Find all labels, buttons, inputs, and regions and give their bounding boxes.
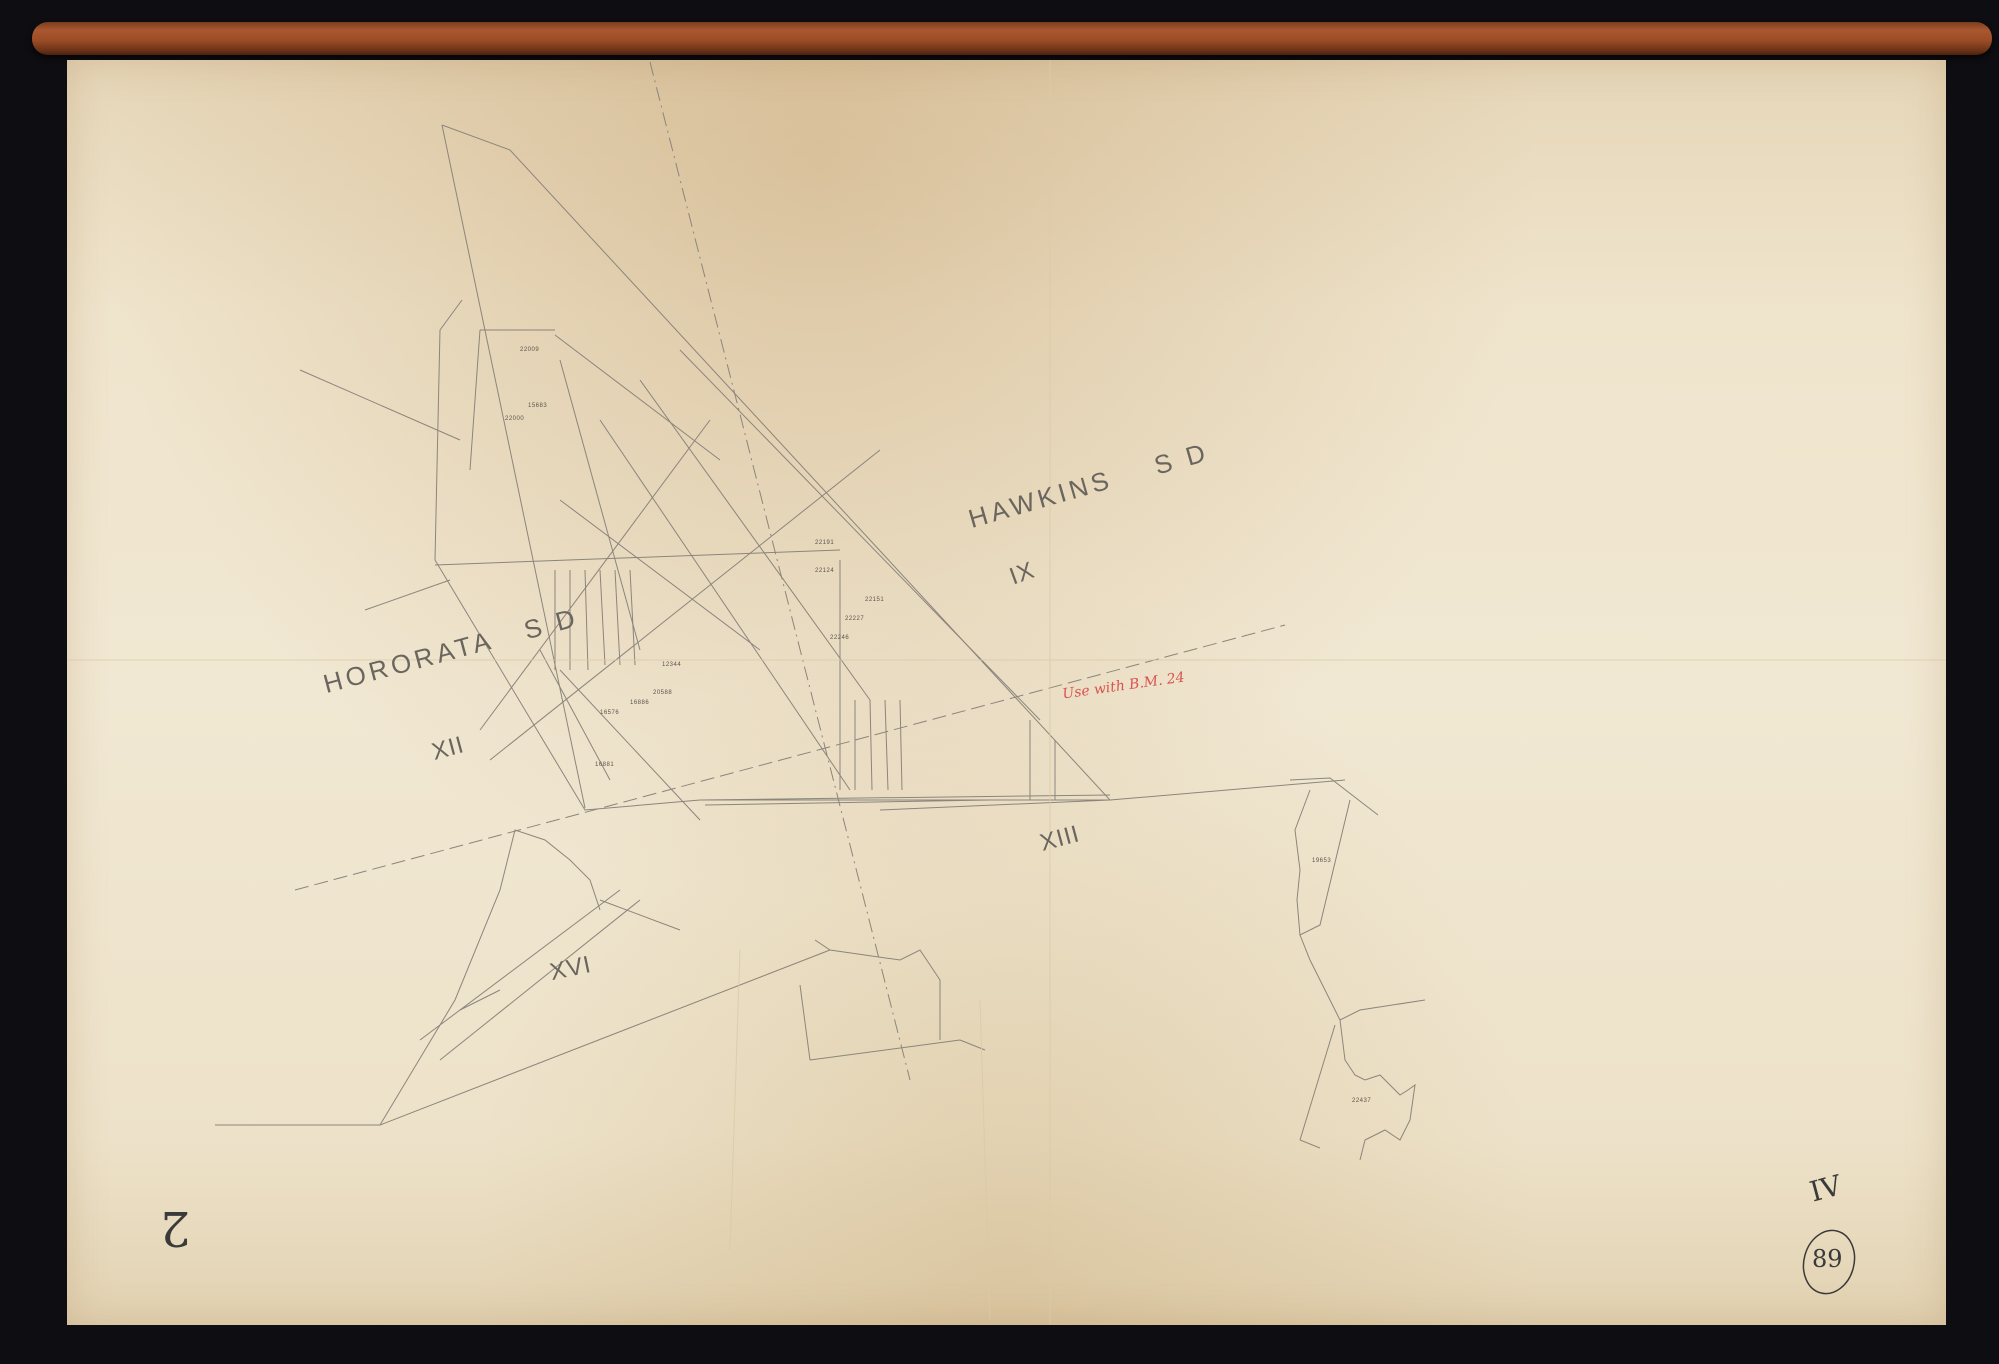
parcel-label: 16886 [630, 700, 649, 706]
parcel-label: 15683 [528, 403, 547, 409]
parcel-label: 16576 [600, 710, 619, 716]
parcel-label: 16881 [595, 762, 614, 768]
parcel-label: 22124 [815, 568, 834, 574]
left-mark: 2 [160, 1200, 191, 1256]
parcel-label: 22000 [505, 416, 524, 422]
survey-linework [0, 0, 1999, 1364]
sheet-number: 89 [1812, 1245, 1843, 1273]
parcel-label: 22246 [830, 635, 849, 641]
parcel-label: 22191 [815, 540, 834, 546]
parcel-label: 12344 [662, 662, 681, 668]
parcel-label: 22227 [845, 616, 864, 622]
parcel-label: 19653 [1312, 858, 1331, 864]
parcel-label: 22009 [520, 347, 539, 353]
parcel-label: 20588 [653, 690, 672, 696]
parcel-label: 22437 [1352, 1098, 1371, 1104]
district-boundary-line [650, 62, 910, 1080]
parcel-label: 22151 [865, 597, 884, 603]
